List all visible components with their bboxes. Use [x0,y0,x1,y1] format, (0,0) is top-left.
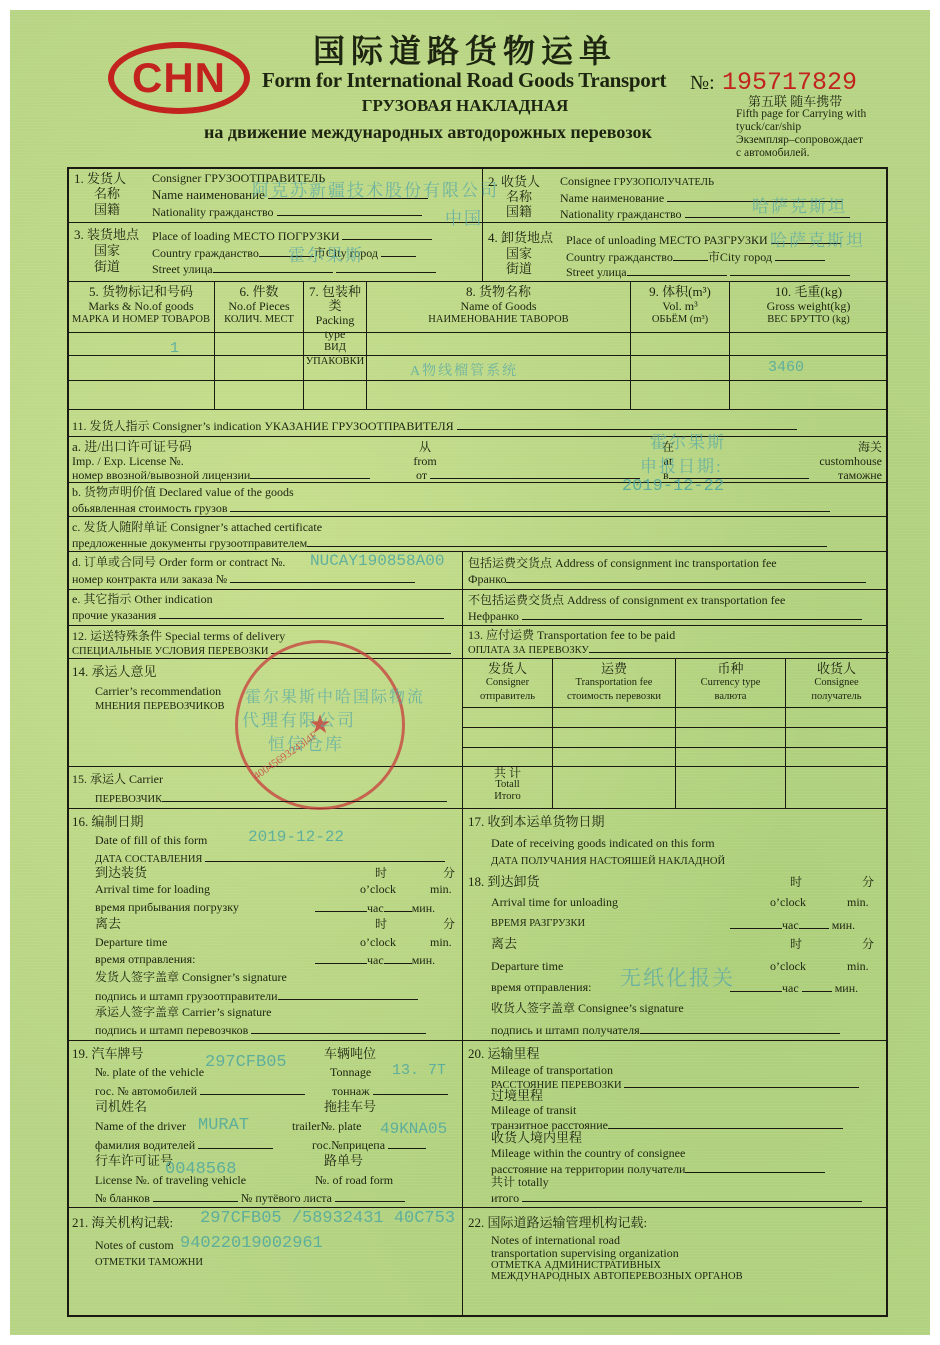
hour-en: o’clock [770,895,806,909]
chn-logo: CHN [108,42,250,114]
divider [67,380,888,381]
license-vehicle-field[interactable]: № бланков № путёвого листа [95,1190,405,1205]
license-label-en: Imp. / Exp. License №. [72,454,184,468]
fill-date-field[interactable]: ДАТА СОСТАВЛЕНИЯ [95,850,445,867]
fill-date-label-cn: 16. 编制日期 [72,815,144,829]
hour-en: o’clock [360,882,396,896]
license-field[interactable]: номер ввозной/вывозной лицензии [72,467,370,482]
consignee-label: Consignee ГРУЗОПОЛУЧАТЕЛЬ [560,174,714,190]
arrival-unloading-time-field[interactable]: час мин. [730,917,855,932]
license-vehicle-label-cn: 行车许可证号 [95,1154,173,1168]
copy-note-cn: 第五联 随车携带 [736,95,866,108]
sec4-num: 4. 卸货地点 [488,231,553,245]
declared-value-label: b. 货物声明价值 Declared value of the goods [72,485,294,499]
attached-cert-field[interactable]: предложенные документы грузоотправителем [72,535,827,550]
divider [67,409,888,410]
total-mileage-label: 共计 totally [491,1175,549,1189]
title-english: Form for International Road Goods Transp… [262,68,666,93]
fee-col-consigner: 发货人Consignerотправитель [463,662,552,704]
unload-departure-en: Departure time [491,959,563,973]
carrier-stamp-line3: 恒信仓库 [268,730,344,755]
other-indication-field[interactable]: прочие указания [72,607,444,622]
road-admin-label-en2: transportation supervising organization [491,1246,679,1260]
mileage-label-en: Mileage of transportation [491,1063,613,1077]
sec3-num: 3. 装货地点 [74,228,139,242]
customs-declaration-date: 2019-12-22 [622,477,724,496]
ex-fee-label: 不包括运费交货点 Address of consignment ex trans… [468,593,785,607]
consignee-signature-label: 收货人签字盖章 Consignee’s signature [491,1001,684,1015]
driver-label-en: Name of the driver [95,1119,186,1133]
contract-number-stamp: NUCAY190858A00 [310,552,444,570]
trailer-label-cn: 拖挂车号 [324,1100,376,1114]
consigner-name-stamp: 阿克苏新疆技术股份有限公司 [252,176,499,201]
carrier-rec-label-cn: 14. 承运人意见 [72,665,157,679]
unloading-place-stamp: 哈萨克斯坦 [770,226,865,251]
departure-ru: время отправления: [95,952,195,966]
plate-label-en: №. plate of the vehicle [95,1065,204,1079]
min-cn: 分 [862,875,874,889]
carrier-field[interactable]: ПЕРЕВОЗЧИК [95,790,447,807]
customhouse-label: 海关customhouseтаможне [819,440,882,482]
sec2-nat-cn: 国籍 [506,205,532,219]
divider [67,516,888,517]
min-en: min. [430,935,452,949]
transit-label-cn: 过境里程 [491,1089,543,1103]
sec4-street-cn: 街道 [506,262,532,276]
divider [67,625,888,626]
license-label-cn: a. 进/出口许可证号码 [72,440,192,454]
tonnage-label-cn: 车辆吨位 [324,1047,376,1061]
driver-value[interactable]: MURAT [198,1116,249,1135]
copy-note-en2: tyuck/car/ship [736,121,866,134]
divider [67,1207,888,1208]
divider [67,281,888,282]
trailer-value[interactable]: 49KNA05 [380,1120,447,1138]
departure-en: Departure time [95,935,167,949]
unloading-country-field[interactable]: Country гражданство市City город [566,249,825,264]
contract-label: d. 订单或合同号 Order form or contract №. [72,555,285,569]
copy-note-ru1: Экземпляр–сопровождает [736,134,866,147]
sec4-country-cn: 国家 [506,247,532,261]
sec1-name-cn: 名称 [94,187,120,201]
title-russian-2: на движение международных автодорожных п… [204,122,652,143]
unload-departure-cn: 离去 [491,937,517,951]
goods-weight-value[interactable]: 3460 [768,359,804,376]
trailer-field[interactable]: гос.№прицепа [312,1137,426,1152]
divider [67,551,888,552]
sec3-country-cn: 国家 [94,244,120,258]
col-packing: 7. 包装种类Packing typeВИД УПАКОВКИ [304,285,366,369]
fee-col-consignee: 收货人Consigneeполучатель [786,662,887,704]
inc-fee-label: 包括运费交货点 Address of consignment inc trans… [468,556,777,570]
hour-cn: 时 [375,917,387,931]
transport-fee-field[interactable]: ОПЛАТА ЗА ПЕРЕВОЗКУ [468,641,889,658]
tonnage-field[interactable]: тоннаж [332,1083,448,1098]
attached-cert-label: c. 发货人随附单证 Consigner’s attached certific… [72,520,322,534]
trailer-label-en: trailer№. plate [292,1119,361,1133]
hour-en: o’clock [770,959,806,973]
title-chinese: 国际道路货物运单 [300,26,630,72]
fill-date-label-en: Date of fill of this form [95,833,207,847]
receive-date-label-ru: ДАТА ПОЛУЧАНИЯ НАСТОЯШЕЙ НАКЛАДНОЙ [491,855,725,869]
unload-departure-time-field[interactable]: час мин. [730,980,858,995]
tonnage-value[interactable]: 13. 7T [392,1062,446,1079]
road-admin-label-en1: Notes of international road [491,1233,620,1247]
consigner-nationality-stamp: 中国 [445,204,483,229]
fee-col-currency: 币种Currency typeвалюта [676,662,785,704]
mileage-label-cn: 20. 运输里程 [468,1047,540,1061]
consigner-signature-field[interactable]: подпись и штамп грузоотправители [95,988,418,1003]
copy-note-en1: Fifth page for Carrying with [736,108,866,121]
col-weight: 10. 毛重(kg)Gross weight(kg)ВЕС БРУТТО (kg… [730,285,887,327]
col-marks: 5. 货物标记和号码Marks & No.of goodsМАРКА И НОМ… [68,285,214,327]
within-label-en: Mileage within the country of consignee [491,1146,685,1160]
special-terms-label: 12. 运送特殊条件 Special terms of delivery [72,629,285,643]
carrier-signature-field[interactable]: подпись и штамп перевозчков [95,1022,426,1037]
carrier-signature-label: 承运人签字盖章 Carrier’s signature [95,1005,271,1019]
declared-value-field[interactable]: обьявленная стоимость грузов [72,500,830,515]
arrival-loading-ru: время прибывания погрузку [95,900,239,914]
transport-fee-label: 13. 应付运费 Transportation fee to be paid [468,628,675,642]
hour-en: o’clock [360,935,396,949]
arrival-unloading-cn: 18. 到达卸货 [468,875,540,889]
customs-notes-label-cn: 21. 海关机构记载: [72,1216,173,1230]
departure-time-field[interactable]: часмин. [315,952,435,967]
goods-marks-value[interactable]: 1 [170,340,179,357]
arrival-unloading-ru: ВРЕМЯ РАЗГРУЗКИ [491,917,585,931]
franco-field[interactable]: Франко [468,571,866,586]
license-vehicle-value[interactable]: 0048568 [165,1160,236,1179]
fee-col-transport: 运费Transportation feeстоимость перевозки [553,662,675,704]
consigner-signature-label: 发货人签字盖章 Consigner’s signature [95,970,287,984]
departure-cn: 离去 [95,917,121,931]
within-label-cn: 收货人境内里程 [491,1131,582,1145]
other-indication-label: e. 其它指示 Other indication [72,592,213,606]
receive-date-label-cn: 17. 收到本运单货物日期 [468,815,605,829]
within-field[interactable]: расстояние на территории получатели [491,1161,825,1176]
copy-note: 第五联 随车携带 Fifth page for Carrying with ty… [736,95,866,160]
customs-notes-label-en: Notes of custom [95,1238,174,1252]
loading-city-stamp: 霍尔果斯 [288,241,364,266]
loading-country-field[interactable]: Country гражданство市City город [152,245,416,260]
sec1-num: 1. 发货人 [74,172,126,186]
from-field[interactable]: от [416,467,640,482]
paperless-declaration-stamp: 无纸化报关 [620,962,735,992]
total-mileage-field[interactable]: итого [491,1190,862,1205]
min-en: min. [847,959,869,973]
title-russian-1: ГРУЗОВАЯ НАКЛАДНАЯ [300,96,630,116]
divider [67,355,888,356]
road-form-label-cn: 路单号 [324,1154,363,1168]
carrier-stamp-line1: 霍尔果斯中哈国际物流 [245,684,425,707]
hour-cn: 时 [375,866,387,880]
unloading-street-field[interactable]: Street улица [566,264,850,279]
sec1-nat-cn: 国籍 [94,203,120,217]
consigner-nationality-field[interactable]: Nationality гражданство [152,204,422,219]
driver-field[interactable]: фамилия водителей [95,1137,273,1152]
consignee-name-stamp: 哈萨克斯坦 [752,192,847,217]
from-label: 从from [410,440,440,468]
arrival-loading-en: Arrival time for loading [95,882,210,896]
min-cn: 分 [443,866,455,880]
sec2-name-cn: 名称 [506,190,532,204]
road-form-label-en: №. of road form [315,1173,393,1187]
col-goods-name: 8. 货物名称Name of GoodsНАИМЕНОВАНИЕ ТАВОРОВ [367,285,630,327]
tonnage-label-en: Tonnage [330,1065,371,1079]
customs-notes-line2: 94022019002961 [180,1234,323,1253]
unload-departure-ru: время отправления: [491,980,591,994]
carrier-stamp-line2: 代理有限公司 [242,706,356,731]
fee-total-label: 共 计TotallИтого [463,767,552,803]
divider [67,808,888,809]
hour-cn: 时 [790,875,802,889]
min-en: min. [430,882,452,896]
consignee-signature-field[interactable]: подпись и штамп получателя [491,1022,840,1037]
form-number-label: №: [690,72,715,95]
min-en: min. [847,895,869,909]
carrier-rec-label-en: Carrier’s recommendation [95,684,221,698]
arrival-loading-time-field[interactable]: часмин. [315,900,435,915]
driver-label-cn: 司机姓名 [95,1100,147,1114]
customs-stamp-line2: 申报日期: [640,452,723,477]
arrival-loading-cn: 到达装货 [95,866,147,880]
col-pieces: 6. 件数No.of PiecesКОЛИЧ. МЕСТ [215,285,303,327]
divider [67,332,888,333]
customs-notes-label-ru: ОТМЕТКИ ТАМОЖНИ [95,1256,203,1270]
contract-field[interactable]: номер контракта или заказа № [72,571,415,586]
copy-note-ru2: с автомобилей. [736,147,866,160]
customs-notes-line1: 297CFB05 /58932431 40C753 [200,1209,455,1228]
divider [67,436,888,437]
carrier-rec-label-ru: МНЕНИЯ ПЕРЕВОЗЧИКОВ [95,700,225,714]
logo-text: CHN [132,54,226,102]
min-cn: 分 [443,917,455,931]
receive-date-label-en: Date of receiving goods indicated on thi… [491,836,715,850]
col-volume: 9. 体积(m³)Vol. m³ОБЬЁМ (m³) [631,285,729,327]
sec3-street-cn: 街道 [94,260,120,274]
nefranco-field[interactable]: Нефранко [468,608,862,623]
sec2-num: 2. 收货人 [488,175,540,189]
plate-field[interactable]: гос. № автомобилей [95,1083,305,1098]
arrival-unloading-en: Arrival time for unloading [491,895,618,909]
form-number: 195717829 [722,68,857,97]
divider [67,482,888,483]
road-admin-label-ru: ОТМЕТКА АДМИНИСТРАТИВНЫХМЕЖДУНАРОДНЫХ АВ… [491,1260,743,1282]
customs-stamp-line1: 霍尔果斯 [650,428,726,453]
plate-value[interactable]: 297CFB05 [205,1053,287,1072]
divider [67,589,888,590]
carrier-label: 15. 承运人 Carrier [72,772,163,786]
min-cn: 分 [862,937,874,951]
fill-date-value[interactable]: 2019-12-22 [248,828,344,846]
special-terms-field[interactable]: СПЕЦИАЛЬНЫЕ УСЛОВИЯ ПЕРЕВОЗКИ [72,642,451,659]
hour-cn: 时 [790,937,802,951]
mileage-field[interactable]: РАССТОЯНИЕ ПЕРЕВОЗКИ [491,1076,859,1093]
divider [67,1040,888,1041]
transit-label-en: Mileage of transit [491,1103,576,1117]
plate-label-cn: 19. 汽车牌号 [72,1047,144,1061]
goods-name-value[interactable]: A物线榴管系统 [410,360,518,380]
road-admin-label-cn: 22. 国际道路运输管理机构记载: [468,1216,647,1230]
